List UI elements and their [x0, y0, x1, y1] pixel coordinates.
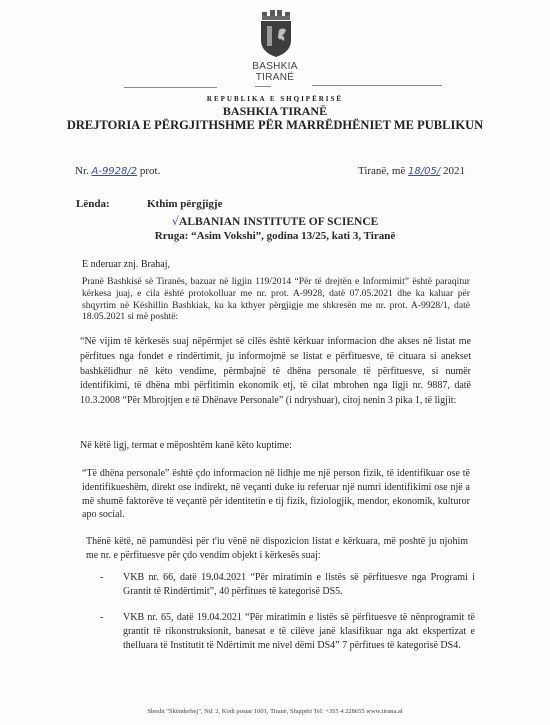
body-paragraph-5: Thënë këtë, në pamundësi për t'iu vënë n… — [86, 535, 468, 563]
list-item-text: VKB nr. 66, datë 19.04.2021 “Për miratim… — [123, 572, 475, 597]
decision-list: - VKB nr. 66, datë 19.04.2021 “Për mirat… — [100, 571, 475, 665]
directorate-heading: DREJTORIA E PËRGJITHSHME PËR MARRËDHËNIE… — [0, 118, 550, 133]
place-label: Tiranë, më — [358, 165, 405, 177]
date-month-handwritten: 05 — [424, 166, 437, 177]
recipient-address: Rruga: “Asim Vokshi”, godina 13/25, kati… — [0, 230, 550, 242]
bashkia-tirane-crest-icon — [256, 10, 296, 58]
list-item: - VKB nr. 65, datë 19.04.2021 “Për mirat… — [100, 611, 475, 653]
body-paragraph-3: Në këtë ligj, termat e mëposhtëm kanë kë… — [80, 439, 470, 452]
institution-heading: BASHKIA TIRANË — [0, 104, 550, 119]
handwritten-check-mark: √ — [172, 214, 179, 228]
list-dash: - — [100, 571, 103, 585]
subject-value: Kthim përgjigje — [147, 198, 222, 210]
header-rule-left — [124, 87, 217, 88]
body-paragraph-4: “Të dhëna personale” është çdo informaci… — [82, 467, 470, 522]
list-item-text: VKB nr. 65, datë 19.04.2021 “Për miratim… — [123, 612, 475, 651]
protocol-number-handwritten: A-9928/2 — [92, 166, 138, 177]
protocol-number: Nr. A-9928/2 prot. — [75, 165, 160, 177]
date-separator: / — [437, 166, 440, 177]
place-date: Tiranë, më 18/05/ 2021 — [358, 165, 465, 177]
header-rule-center — [255, 86, 271, 87]
protocol-number-label: Nr. — [75, 165, 89, 177]
body-paragraph-1: Pranë Bashkisë së Tiranës, bazuar në lig… — [82, 276, 470, 323]
body-paragraph-2: “Në vijim të kërkesës suaj nëpërmjet së … — [80, 335, 471, 409]
list-item: - VKB nr. 66, datë 19.04.2021 “Për mirat… — [100, 571, 475, 599]
date-year: 2021 — [443, 165, 465, 177]
list-dash: - — [100, 611, 103, 625]
subject-label: Lënda: — [76, 198, 110, 210]
republic-heading: REPUBLIKA E SHQIPËRISË — [0, 95, 550, 103]
recipient-name-text: ALBANIAN INSTITUTE OF SCIENCE — [179, 216, 378, 228]
date-day-handwritten: 18 — [408, 166, 421, 177]
footer-contact: Sheshi "Skënderbej", Nd. 2, Kodi postar … — [0, 708, 550, 715]
greeting: E nderuar znj. Brahaj, — [82, 258, 472, 271]
document-page: BASHKIA TIRANË REPUBLIKA E SHQIPËRISË BA… — [0, 0, 550, 725]
logo-text-bashkia: BASHKIA — [0, 61, 550, 72]
recipient-name: √ALBANIAN INSTITUTE OF SCIENCE — [0, 214, 550, 228]
header-rule-right — [312, 85, 442, 86]
protocol-number-suffix: prot. — [140, 165, 160, 177]
logo-text-tirane: TIRANË — [0, 72, 550, 83]
